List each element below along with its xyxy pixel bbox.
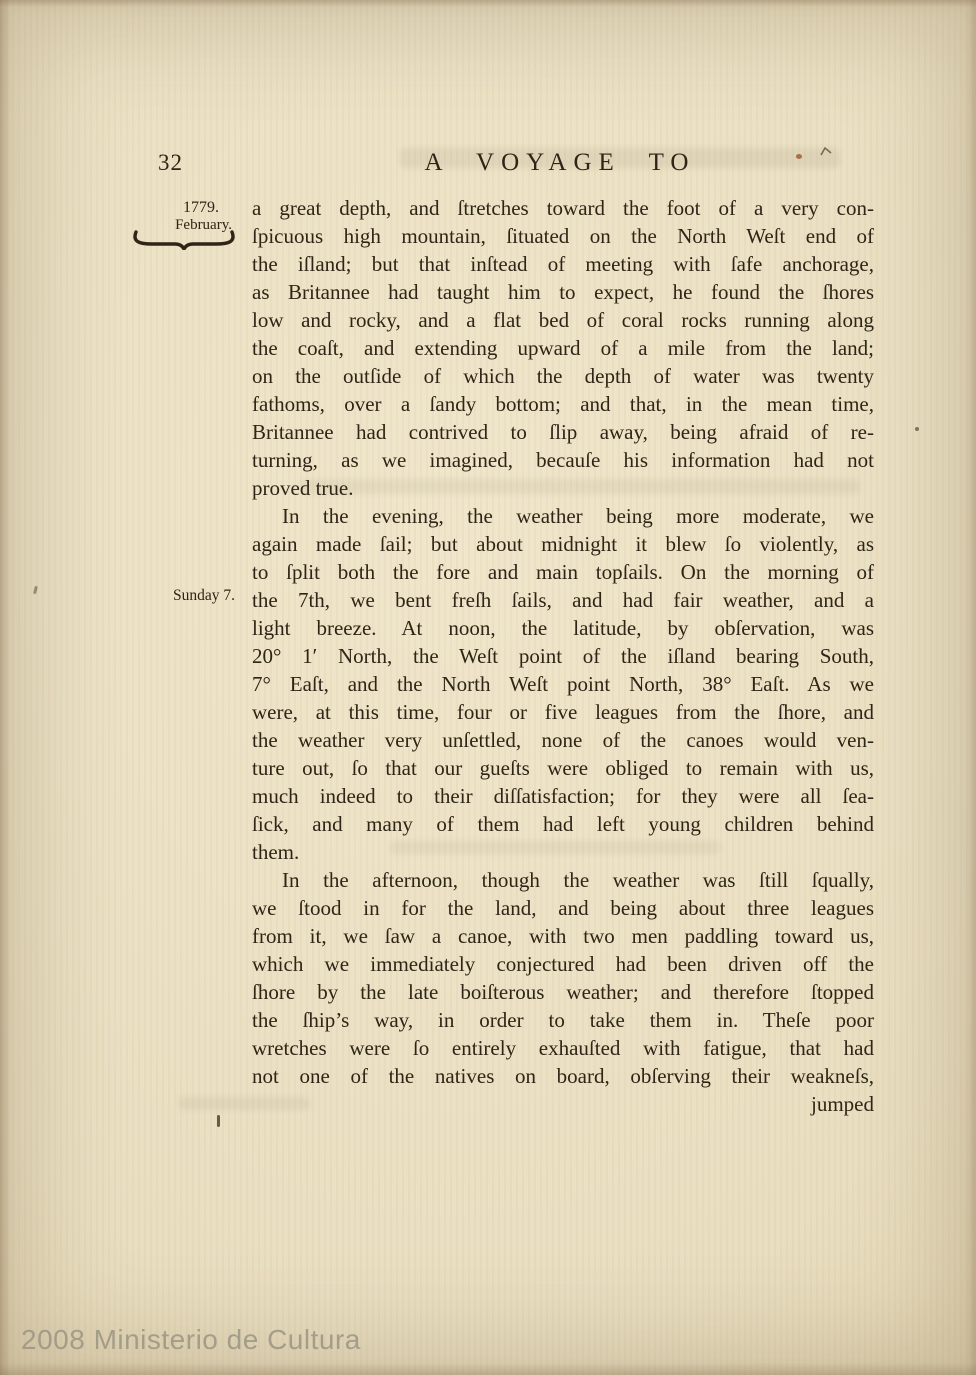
text-line: 7° Eaſt, and the North Weſt point North,…: [252, 670, 874, 698]
paper-speck: [33, 586, 38, 594]
paper-speck: [820, 147, 832, 156]
date-brace-icon: [131, 230, 237, 250]
running-header-title: A VOYAGE TO: [425, 149, 696, 177]
text-line: the 7th, we bent freſh ſails, and had fa…: [252, 586, 874, 614]
text-line: which we immediately conjectured had bee…: [252, 950, 874, 978]
margin-year: 1779.: [128, 199, 232, 217]
text-line: ture out, ſo that our gueſts were oblige…: [252, 754, 874, 782]
text-line: In the evening, the weather being more m…: [252, 502, 874, 530]
margin-note-date: 1779. February.: [128, 199, 232, 234]
text-block: a great depth, and ſtretches toward the …: [252, 194, 874, 1118]
text-line: low and rocky, and a flat bed of coral r…: [252, 306, 874, 334]
text-line: light breeze. At noon, the latitude, by …: [252, 614, 874, 642]
text-line: not one of the natives on board, obſervi…: [252, 1062, 874, 1090]
text-line: the coaſt, and extending upward of a mil…: [252, 334, 874, 362]
text-line: Britannee had contrived to ſlip away, be…: [252, 418, 874, 446]
text-line: were, at this time, four or five leagues…: [252, 698, 874, 726]
paper-speck: [915, 427, 919, 431]
catchword: jumped: [252, 1090, 874, 1118]
text-line: to ſplit both the fore and main topſails…: [252, 558, 874, 586]
text-line: ſick, and many of them had left young ch…: [252, 810, 874, 838]
page-number: 32: [158, 150, 183, 176]
text-line: the ſhip’s way, in order to take them in…: [252, 1006, 874, 1034]
paper-speck: [217, 1115, 220, 1127]
text-line: fathoms, over a ſandy bottom; and that, …: [252, 390, 874, 418]
text-line: turning, as we imagined, becauſe his inf…: [252, 446, 874, 474]
text-line: as Britannee had taught him to expect, h…: [252, 278, 874, 306]
text-line: a great depth, and ſtretches toward the …: [252, 194, 874, 222]
text-line: much indeed to their diſſatisfaction; fo…: [252, 782, 874, 810]
text-line: ſhore by the late boiſterous weather; an…: [252, 978, 874, 1006]
text-line: them.: [252, 838, 874, 866]
text-line: we ſtood in for the land, and being abou…: [252, 894, 874, 922]
paper-speck: [796, 154, 802, 159]
text-line: the iſland; but that inſtead of meeting …: [252, 250, 874, 278]
text-line: proved true.: [252, 474, 874, 502]
text-line: the weather very unſettled, none of the …: [252, 726, 874, 754]
text-line: 20° 1′ North, the Weſt point of the iſla…: [252, 642, 874, 670]
text-line: In the afternoon, though the weather was…: [252, 866, 874, 894]
text-line: from it, we ſaw a canoe, with two men pa…: [252, 922, 874, 950]
text-line: again made ſail; but about midnight it b…: [252, 530, 874, 558]
margin-note-day: Sunday 7.: [128, 587, 235, 604]
text-line: on the outſide of which the depth of wat…: [252, 362, 874, 390]
text-line: ſpicuous high mountain, ſituated on the …: [252, 222, 874, 250]
watermark: 2008 Ministerio de Cultura: [21, 1324, 361, 1356]
text-line: wretches were ſo entirely exhauſted with…: [252, 1034, 874, 1062]
